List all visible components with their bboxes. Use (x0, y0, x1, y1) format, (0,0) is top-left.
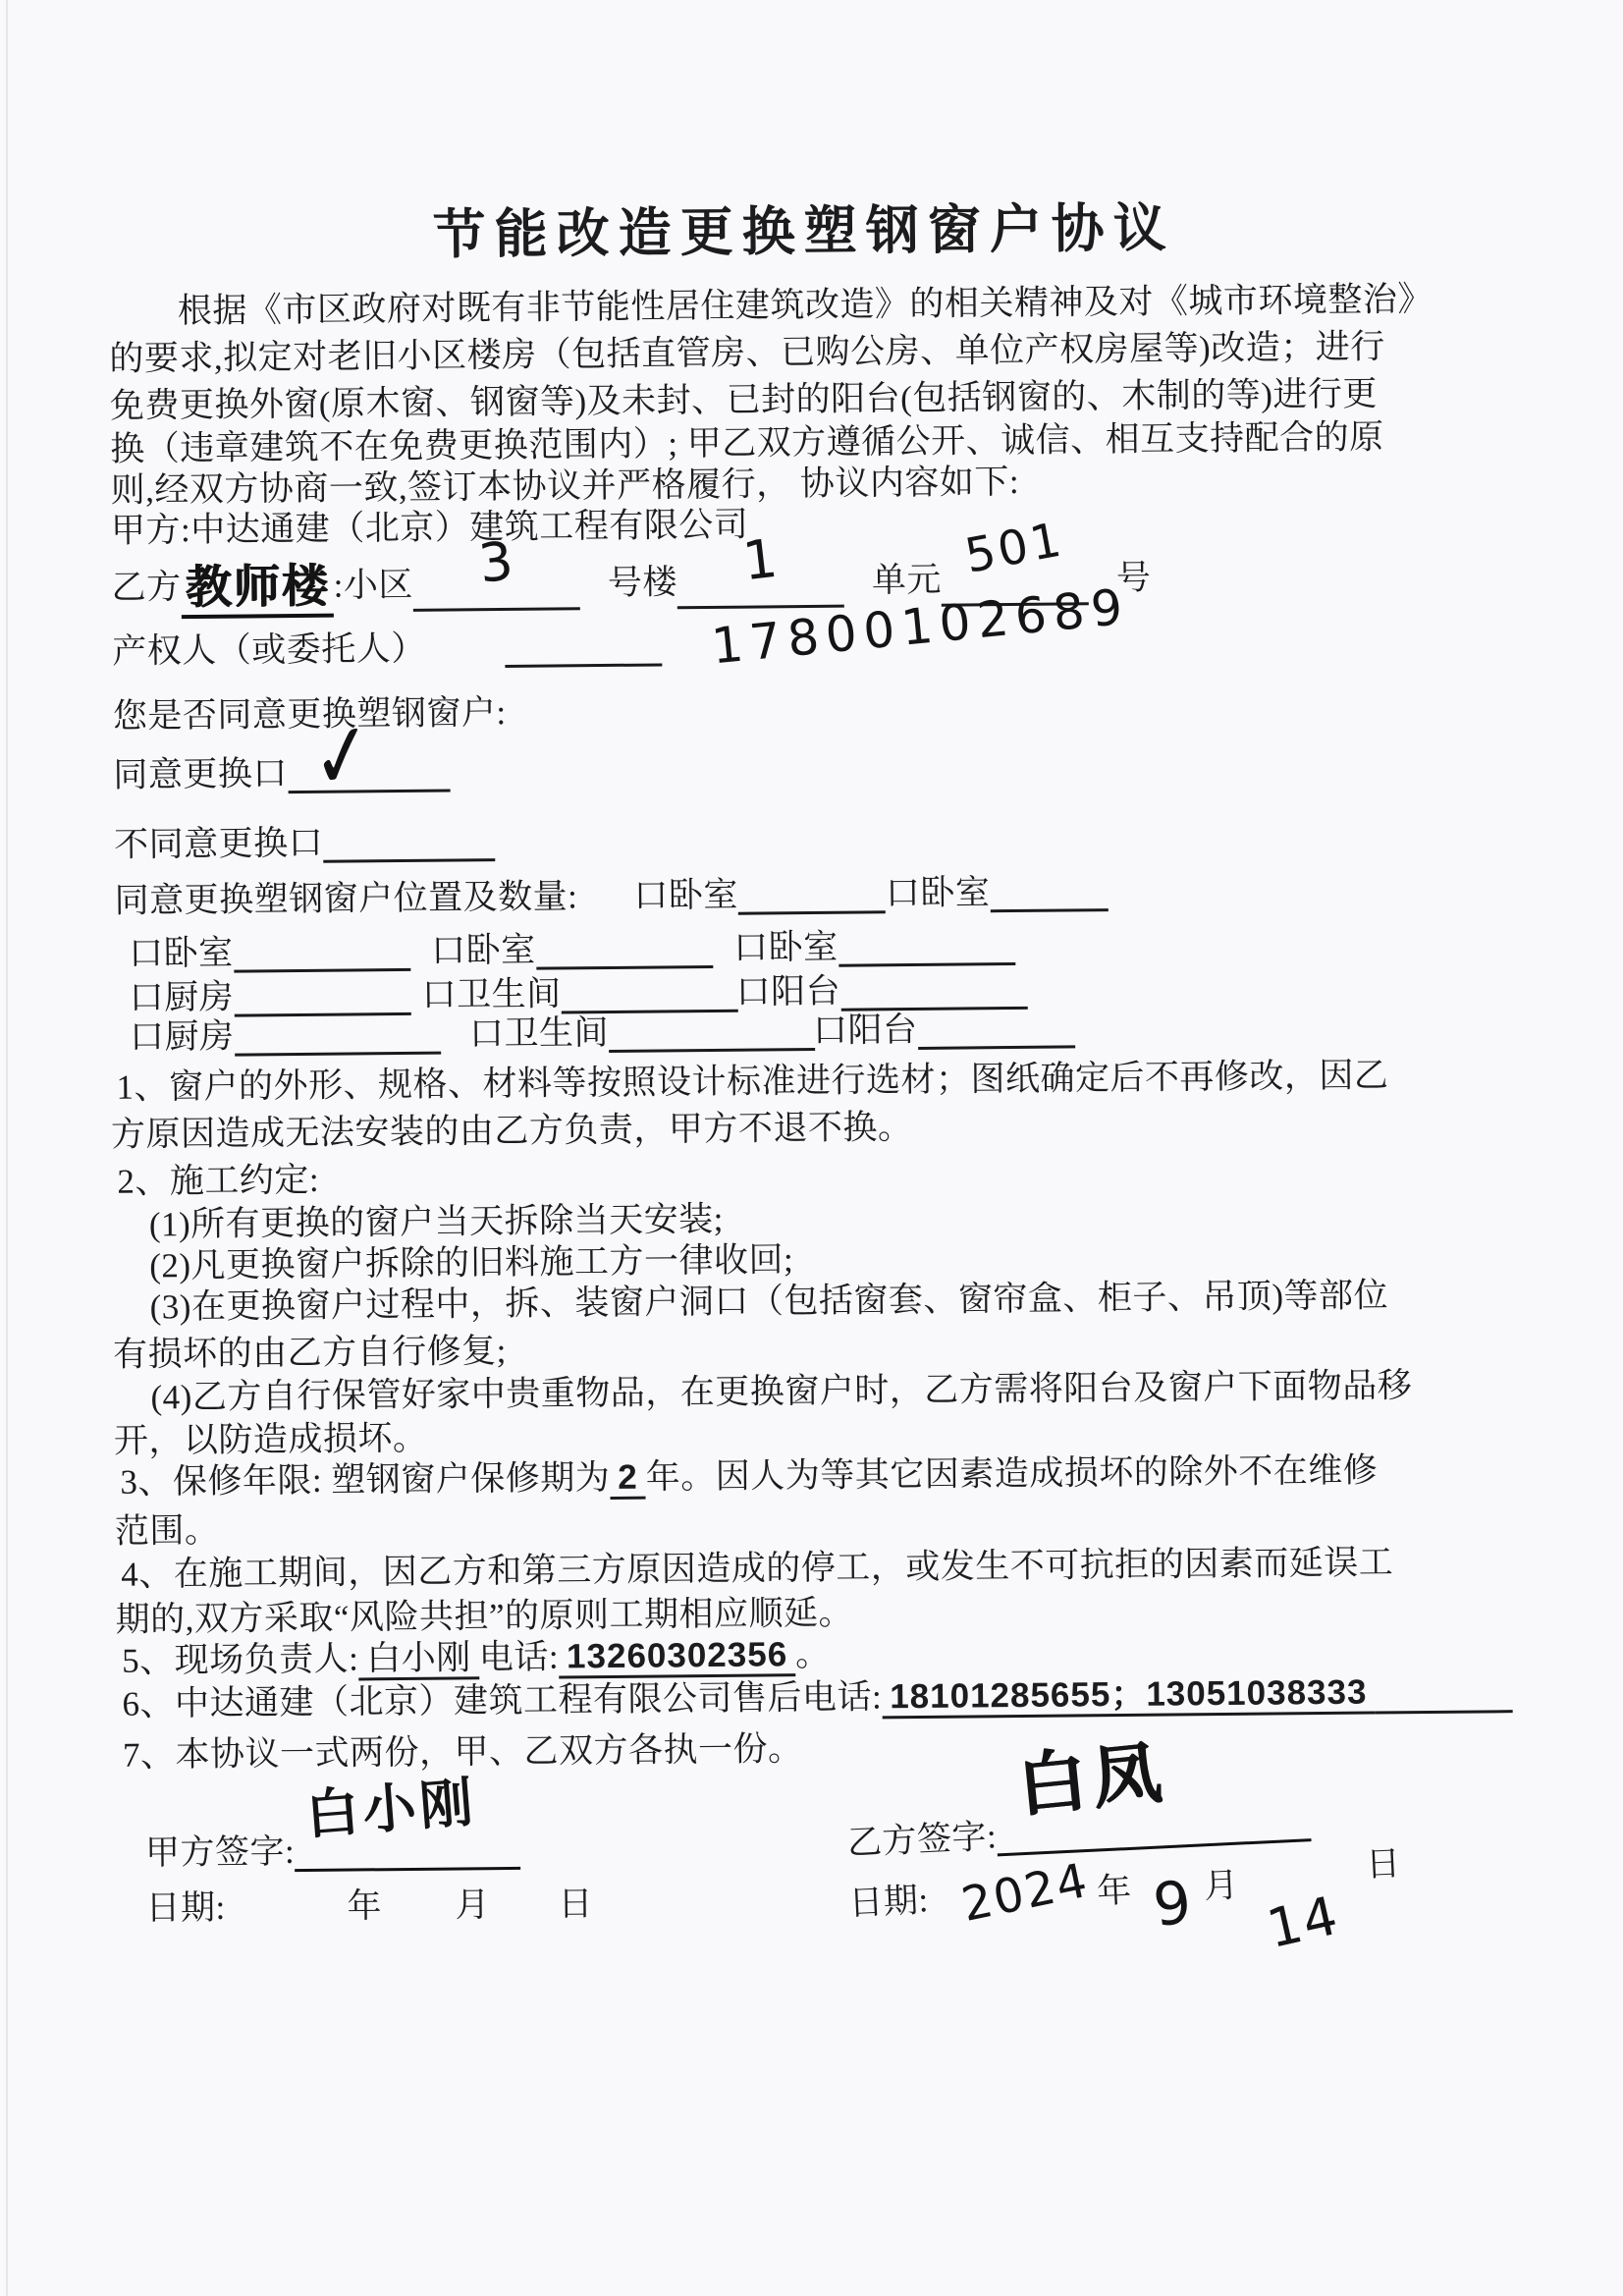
clause-5-line: 5、现场负责人:白小刚电话:13260302356。 (122, 1634, 831, 1681)
scanned-agreement-page: 节能改造更换塑钢窗户协议 根据《市区政府对既有非节能性居住建筑改造》的相关精神及… (0, 0, 1623, 2296)
site-manager-phone: 13260302356 (559, 1635, 796, 1678)
checkbox-kitchen-label: 口厨房 (129, 978, 234, 1017)
clause-3-prefix: 3、保修年限: 塑钢窗户保修期为 (120, 1458, 610, 1502)
checkbox-bedroom: 口卧室 (431, 928, 713, 971)
day-label: 日 (1365, 1843, 1401, 1886)
clause-4-line-2: 期的,双方采取“风险共担”的原则工期相应顺延。 (116, 1593, 854, 1641)
party-b-name-handwritten: 教师楼 (181, 560, 334, 620)
agree-checkmark-handwritten: ✓ (306, 700, 379, 813)
party-b-date-label: 日期: (848, 1880, 930, 1924)
checkbox-bedroom-label: 口卧室 (733, 928, 839, 967)
checkbox-bedroom-label: 口卧室 (129, 934, 234, 973)
intro-line-2: 的要求,拟定对老旧小区楼房（包括直管房、已购公房、单位产权房屋等)改造；进行 (109, 326, 1385, 379)
intro-line-1: 根据《市区政府对既有非节能性居住建筑改造》的相关精神及对《城市环境整治》 (178, 279, 1433, 332)
checkbox-bedroom-label: 口卧室 (886, 873, 991, 912)
clause-2-item-4-line-2: 开，以防造成损坏。 (114, 1418, 428, 1461)
party-b-day-handwritten: 14 (1262, 1885, 1345, 1961)
disagree-label: 不同意更换口 (114, 824, 323, 864)
locations-heading-row: 同意更换塑钢窗户位置及数量:口卧室口卧室 (114, 871, 1108, 921)
clause-7-line: 7、本协议一式两份，甲、乙双方各执一份。 (123, 1728, 803, 1776)
month-label: 月 (455, 1885, 490, 1926)
owner-fill-line (505, 630, 662, 669)
site-manager-name: 白小刚 (358, 1638, 479, 1680)
clause-2-item-3-line-2: 有损坏的由乙方自行修复; (113, 1331, 507, 1375)
fill-line (234, 935, 410, 973)
year-label: 年 (1096, 1870, 1132, 1912)
fill-line (536, 932, 713, 970)
checkbox-balcony-label: 口阳台 (735, 972, 840, 1011)
checkbox-balcony-label: 口阳台 (813, 1011, 918, 1050)
locations-row-1: 口卧室 口卧室 口卧室 (0, 919, 1622, 935)
party-a-signature-line: 白小刚 (295, 1828, 520, 1872)
checkbox-bathroom-label: 口卫生间 (421, 974, 561, 1013)
unit-label: 单元 (872, 561, 942, 600)
clause-2-heading: 2、施工约定: (117, 1160, 319, 1202)
fill-line (839, 929, 1015, 967)
party-a-date-row: 日期: 年 月 日 (145, 1882, 774, 1887)
checkbox-balcony: 口阳台 (735, 969, 1027, 1012)
year-label: 年 (347, 1886, 382, 1927)
checkbox-bedroom-label: 口卧室 (633, 876, 738, 915)
owner-line: 产权人（或委托人）17800102689 (112, 626, 662, 672)
clause-5-prefix: 5、现场负责人: (122, 1639, 359, 1679)
party-a-line: 甲方:中达通建（北京）建筑工程有限公司 (111, 505, 749, 552)
party-a-date-label: 日期: (145, 1887, 226, 1929)
party-b-month-handwritten: 9 (1150, 1868, 1196, 1941)
party-b-signature-line: 白凤 (996, 1799, 1312, 1856)
checkbox-kitchen: 口厨房 (130, 1014, 441, 1058)
fill-line (840, 973, 1027, 1011)
fill-line (1375, 1676, 1512, 1714)
party-b-prefix: 乙方 (111, 568, 181, 607)
checkbox-bedroom-label: 口卧室 (431, 931, 536, 970)
checkbox-kitchen-label: 口厨房 (130, 1017, 235, 1057)
building-fill-line: 1 (677, 572, 844, 610)
clause-4-line-1: 4、在施工期间，因乙方和第三方原因造成的停工，或发生不可抗拒的因素而延误工 (121, 1542, 1393, 1595)
party-b-colon: : (333, 567, 344, 605)
fill-line (609, 1014, 815, 1053)
agree-label: 同意更换口 (113, 754, 288, 794)
clause-1-line-2: 方原因造成无法安装的由乙方负责，甲方不退不换。 (111, 1107, 913, 1155)
fill-line (234, 1018, 440, 1057)
clause-5-suffix: 。 (795, 1635, 831, 1673)
party-b-signature-handwritten: 白凤 (1014, 1731, 1171, 1827)
owner-label: 产权人（或委托人） (112, 629, 426, 671)
fill-line (917, 1012, 1074, 1051)
party-a-signature-handwritten: 白小刚 (304, 1771, 480, 1846)
warranty-years-value: 2 (610, 1458, 646, 1500)
clause-2-item-2: (2)凡更换窗户拆除的旧料施工方一律收回; (149, 1239, 793, 1286)
checkbox-kitchen: 口厨房 (129, 975, 410, 1018)
intro-line-4: 换（违章建筑不在免费更换范围内）; 甲乙双方遵循公开、诚信、相互支持配合的原 (110, 416, 1384, 469)
fill-line (738, 878, 886, 915)
clause-3-line-2: 范围。 (115, 1510, 220, 1552)
party-a-sign-label: 甲方签字: (145, 1832, 296, 1872)
clause-5-mid: 电话: (479, 1638, 560, 1677)
checkbox-bathroom: 口卫生间 (421, 972, 737, 1015)
party-b-year-handwritten: 2024 (957, 1853, 1094, 1934)
checkbox-bedroom: 口卧室 (129, 931, 410, 974)
fill-line (561, 976, 737, 1014)
intro-line-5: 则,经双方协商一致,签订本协议并严格履行， 协议内容如下: (110, 462, 1019, 511)
document-title: 节能改造更换塑钢窗户协议 (0, 193, 1615, 272)
building-label: 号楼 (608, 563, 677, 602)
after-sales-phones: 18101285655；13051038333 (882, 1673, 1376, 1720)
agree-option-line: 同意更换口✓ (113, 752, 450, 796)
checkbox-bathroom-label: 口卫生间 (469, 1013, 609, 1053)
fill-line (234, 979, 410, 1017)
party-b-sign-label: 乙方签字: (846, 1817, 998, 1862)
month-label: 月 (1203, 1865, 1239, 1907)
disagree-option-line: 不同意更换口 (114, 821, 495, 865)
clause-2-item-1: (1)所有更换的窗户当天拆除当天安装; (149, 1199, 724, 1245)
unit-value-handwritten: 501 (961, 513, 1068, 585)
document-content: 节能改造更换塑钢窗户协议 根据《市区政府对既有非节能性居住建筑改造》的相关精神及… (0, 0, 1623, 2296)
clause-2-item-4-line-1: (4)乙方自行保管好家中贵重物品，在更换窗户时，乙方需将阳台及窗户下面物品移 (150, 1365, 1412, 1418)
fill-line (990, 875, 1108, 912)
clause-1-line-1: 1、窗户的外形、规格、材料等按照设计标准进行选材；图纸确定后不再修改，因乙 (116, 1055, 1388, 1108)
building-value-handwritten: 1 (740, 527, 782, 593)
locations-heading: 同意更换塑钢窗户位置及数量: (114, 877, 577, 920)
community-label: 小区 (344, 566, 413, 605)
party-a-signature-row: 甲方签字:白小刚 (145, 1828, 521, 1874)
day-label: 日 (558, 1884, 593, 1925)
community-value-handwritten: 3 (476, 530, 517, 596)
checkbox-bedroom: 口卧室 (733, 925, 1015, 968)
community-fill-line: 3 (413, 574, 580, 613)
clause-6-prefix: 6、中达通建（北京）建筑工程有限公司售后电话: (122, 1677, 882, 1722)
disagree-fill-line (323, 825, 495, 863)
clause-3-suffix: 年。因人为等其它因素造成损坏的除外不在维修 (646, 1450, 1379, 1496)
checkbox-balcony: 口阳台 (813, 1008, 1075, 1051)
checkbox-bathroom: 口卫生间 (469, 1011, 815, 1055)
